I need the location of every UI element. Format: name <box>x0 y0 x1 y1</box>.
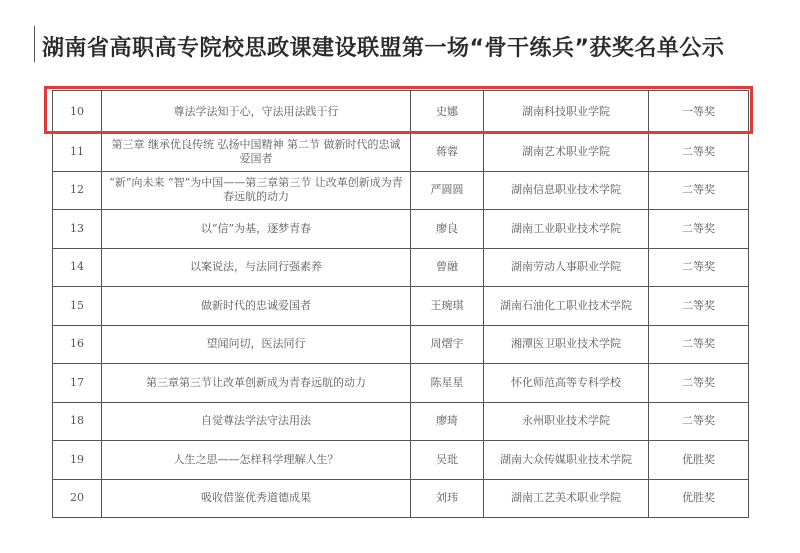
cell-school: 湖南艺术职业学院 <box>484 133 649 172</box>
cell-school: 湖南石油化工职业技术学院 <box>484 287 649 326</box>
cell-name: 蒋蓉 <box>411 133 484 172</box>
cell-name: 王琬琪 <box>411 287 484 326</box>
cell-award: 优胜奖 <box>649 441 749 480</box>
cell-school: 怀化师范高等专科学校 <box>484 364 649 403</box>
cell-title: 人生之思——怎样科学理解人生？ <box>102 441 411 480</box>
cell-number: 14 <box>53 248 102 287</box>
cell-name: 周熠宇 <box>411 325 484 364</box>
cell-number: 12 <box>53 171 102 210</box>
cell-title: 做新时代的忠诚爱国者 <box>102 287 411 326</box>
cell-name: 曾融 <box>411 248 484 287</box>
cell-school: 湖南科技职业学院 <box>484 91 649 133</box>
table-row: 14 以案说法，与法同行强素养 曾融 湖南劳动人事职业学院 二等奖 <box>53 248 749 287</box>
cell-name: 吴玭 <box>411 441 484 480</box>
cell-title: 尊法学法知于心，守法用法践于行 <box>102 91 411 133</box>
table-row: 17 第三章第三节让改革创新成为青春远航的动力 陈星星 怀化师范高等专科学校 二… <box>53 364 749 403</box>
table-row: 13 以“信”为基，逐梦青春 廖良 湖南工业职业技术学院 二等奖 <box>53 210 749 249</box>
cell-award: 二等奖 <box>649 210 749 249</box>
title-accent-bar <box>34 26 35 62</box>
cell-title: “新”向未来 “智”为中国——第三章第三节 让改革创新成为青春远航的动力 <box>102 171 411 210</box>
cell-school: 湖南工艺美术职业学院 <box>484 479 649 518</box>
table-row: 15 做新时代的忠诚爱国者 王琬琪 湖南石油化工职业技术学院 二等奖 <box>53 287 749 326</box>
table-row: 10 尊法学法知于心，守法用法践于行 史娜 湖南科技职业学院 一等奖 <box>53 91 749 133</box>
cell-award: 二等奖 <box>649 171 749 210</box>
cell-title: 第三章第三节让改革创新成为青春远航的动力 <box>102 364 411 403</box>
cell-award: 二等奖 <box>649 364 749 403</box>
cell-school: 湖南大众传媒职业技术学院 <box>484 441 649 480</box>
cell-number: 19 <box>53 441 102 480</box>
cell-name: 史娜 <box>411 91 484 133</box>
table-row: 11 第三章 继承优良传统 弘扬中国精神 第二节 做新时代的忠诚爱国者 蒋蓉 湖… <box>53 133 749 172</box>
cell-number: 17 <box>53 364 102 403</box>
cell-award: 二等奖 <box>649 133 749 172</box>
cell-school: 永州职业技术学院 <box>484 402 649 441</box>
cell-award: 二等奖 <box>649 248 749 287</box>
cell-school: 湖南工业职业技术学院 <box>484 210 649 249</box>
award-table-container: 10 尊法学法知于心，守法用法践于行 史娜 湖南科技职业学院 一等奖 11 第三… <box>52 90 748 518</box>
cell-school: 湖南信息职业技术学院 <box>484 171 649 210</box>
cell-number: 15 <box>53 287 102 326</box>
cell-number: 13 <box>53 210 102 249</box>
cell-name: 陈星星 <box>411 364 484 403</box>
cell-title: 以案说法，与法同行强素养 <box>102 248 411 287</box>
table-row: 18 自觉尊法学法守法用法 廖琦 永州职业技术学院 二等奖 <box>53 402 749 441</box>
cell-title: 第三章 继承优良传统 弘扬中国精神 第二节 做新时代的忠诚爱国者 <box>102 133 411 172</box>
cell-title: 以“信”为基，逐梦青春 <box>102 210 411 249</box>
cell-school: 湘潭医卫职业技术学院 <box>484 325 649 364</box>
cell-number: 20 <box>53 479 102 518</box>
cell-award: 优胜奖 <box>649 479 749 518</box>
page-title: 湖南省高职高专院校思政课建设联盟第一场“骨干练兵”获奖名单公示 <box>42 31 724 62</box>
cell-title: 望闻问切，医法同行 <box>102 325 411 364</box>
cell-number: 16 <box>53 325 102 364</box>
cell-number: 18 <box>53 402 102 441</box>
cell-title: 自觉尊法学法守法用法 <box>102 402 411 441</box>
table-row: 19 人生之思——怎样科学理解人生？ 吴玭 湖南大众传媒职业技术学院 优胜奖 <box>53 441 749 480</box>
cell-name: 廖良 <box>411 210 484 249</box>
cell-name: 廖琦 <box>411 402 484 441</box>
cell-award: 二等奖 <box>649 402 749 441</box>
table-row: 16 望闻问切，医法同行 周熠宇 湘潭医卫职业技术学院 二等奖 <box>53 325 749 364</box>
table-row: 20 吸收借鉴优秀道德成果 刘玮 湖南工艺美术职业学院 优胜奖 <box>53 479 749 518</box>
cell-number: 11 <box>53 133 102 172</box>
table-row: 12 “新”向未来 “智”为中国——第三章第三节 让改革创新成为青春远航的动力 … <box>53 171 749 210</box>
cell-title: 吸收借鉴优秀道德成果 <box>102 479 411 518</box>
cell-school: 湖南劳动人事职业学院 <box>484 248 649 287</box>
cell-award: 二等奖 <box>649 287 749 326</box>
cell-award: 一等奖 <box>649 91 749 133</box>
cell-name: 刘玮 <box>411 479 484 518</box>
cell-name: 严圆圆 <box>411 171 484 210</box>
cell-award: 二等奖 <box>649 325 749 364</box>
cell-number: 10 <box>53 91 102 133</box>
award-table: 10 尊法学法知于心，守法用法践于行 史娜 湖南科技职业学院 一等奖 11 第三… <box>52 90 749 518</box>
